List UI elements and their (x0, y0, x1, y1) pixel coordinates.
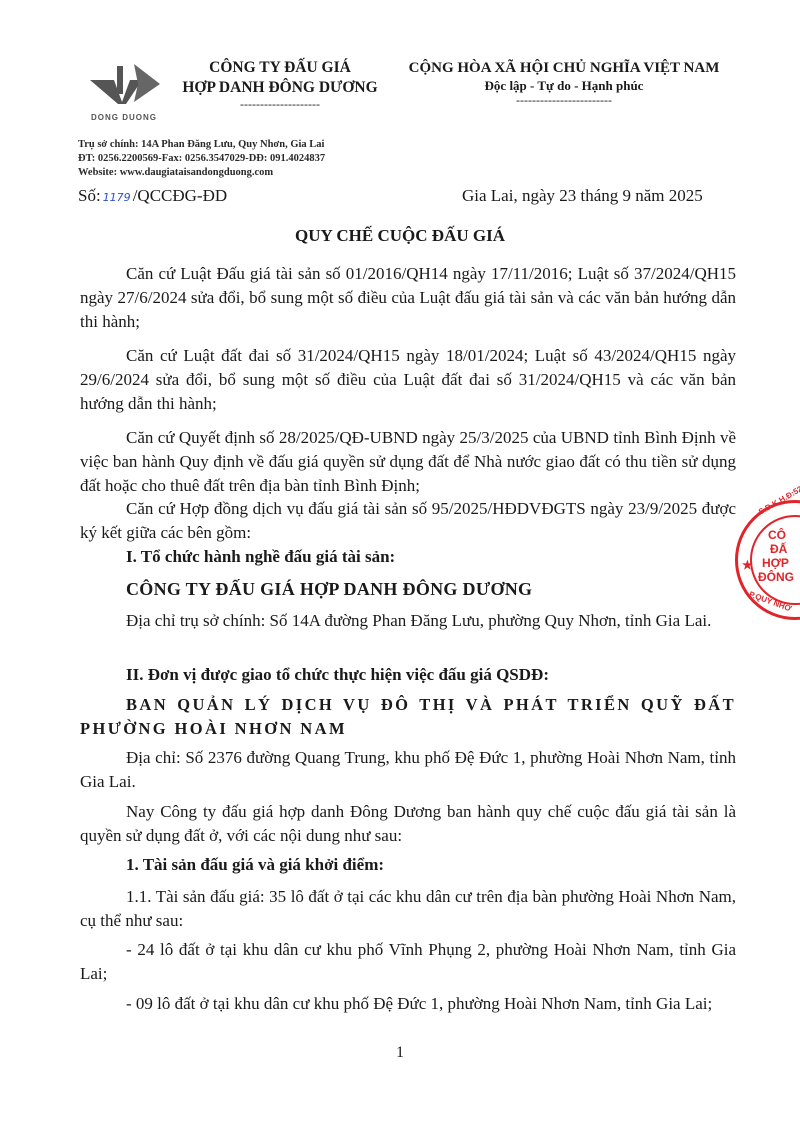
logo-arrow-icon (84, 58, 164, 106)
document-title: QUY CHẾ CUỘC ĐẤU GIÁ (0, 226, 800, 246)
contact-info: Trụ sở chính: 14A Phan Đăng Lưu, Quy Nhơ… (78, 138, 418, 180)
nation-divider: ------------------------ (388, 94, 740, 106)
basis-paragraph-3: Căn cứ Quyết định số 28/2025/QĐ-UBND ngà… (80, 426, 736, 498)
company-name-line1: CÔNG TY ĐẤU GIÁ (170, 58, 390, 78)
seal-line-3: HỢP (762, 557, 789, 570)
company-name-line2: HỢP DANH ĐÔNG DƯƠNG (170, 78, 390, 98)
nation-title: CỘNG HÒA XÃ HỘI CHỦ NGHĨA VIỆT NAM (388, 58, 740, 78)
asset-list-item-2: - 09 lô đất ở tại khu dân cư khu phố Đệ … (80, 992, 736, 1016)
seal-ring-text: S.Đ.K.H.Đ:52.20 (756, 477, 800, 518)
basis-paragraph-4: Căn cứ Hợp đồng dịch vụ đấu giá tài sản … (80, 497, 736, 545)
issuance-paragraph: Nay Công ty đấu giá hợp danh Đông Dương … (80, 800, 736, 848)
seal-line-2: ĐẤ (770, 543, 787, 556)
place-date: Gia Lai, ngày 23 tháng 9 năm 2025 (462, 186, 703, 206)
section-heading-assets: 1. Tài sản đấu giá và giá khởi điểm: (80, 853, 736, 877)
doc-number-suffix: /QCCĐG-ĐD (133, 186, 227, 205)
nation-block: CỘNG HÒA XÃ HỘI CHỦ NGHĨA VIỆT NAM Độc l… (388, 58, 740, 106)
seal-line-1: CÔ (768, 529, 786, 542)
company-block: CÔNG TY ĐẤU GIÁ HỢP DANH ĐÔNG DƯƠNG ----… (170, 58, 390, 110)
logo-caption: DONG DUONG (84, 113, 164, 122)
doc-number-handwritten: 1179 (103, 191, 131, 204)
company-logo: DONG DUONG (84, 58, 164, 118)
contact-phone: ĐT: 0256.2200569-Fax: 0256.3547029-DĐ: 0… (78, 152, 418, 166)
document-number: Số:1179/QCCĐG-ĐD (78, 186, 227, 206)
basis-paragraph-2: Căn cứ Luật đất đai số 31/2024/QH15 ngày… (80, 344, 736, 416)
management-board-name: BAN QUẢN LÝ DỊCH VỤ ĐÔ THỊ VÀ PHÁT TRIỂN… (80, 693, 736, 741)
section-heading-1: I. Tổ chức hành nghề đấu giá tài sản: (80, 545, 736, 569)
nation-motto: Độc lập - Tự do - Hạnh phúc (388, 78, 740, 94)
doc-number-prefix: Số: (78, 186, 101, 205)
company-divider: -------------------- (170, 98, 390, 110)
seal-line-4: ĐÔNG (758, 571, 794, 584)
seal-star-icon: ★ (742, 559, 753, 572)
basis-paragraph-1: Căn cứ Luật Đấu giá tài sản số 01/2016/Q… (80, 262, 736, 334)
asset-list-item-1: - 24 lô đất ở tại khu dân cư khu phố Vĩn… (80, 938, 736, 986)
contact-address: Trụ sở chính: 14A Phan Đăng Lưu, Quy Nhơ… (78, 138, 418, 152)
section-heading-2: II. Đơn vị được giao tổ chức thực hiện v… (80, 663, 736, 687)
page-number: 1 (0, 1044, 800, 1062)
organizer-address: Địa chỉ trụ sở chính: Số 14A đường Phan … (80, 609, 736, 633)
contact-website: Website: www.daugiataisandongduong.com (78, 166, 418, 180)
company-seal: S.Đ.K.H.Đ:52.20 CÔ ĐẤ HỢP ĐÔNG ★ P.QUY N… (735, 500, 800, 620)
management-board-address: Địa chỉ: Số 2376 đường Quang Trung, khu … (80, 746, 736, 794)
organizer-name: CÔNG TY ĐẤU GIÁ HỢP DANH ĐÔNG DƯƠNG (80, 577, 736, 601)
assets-paragraph: 1.1. Tài sản đấu giá: 35 lô đất ở tại cá… (80, 885, 736, 933)
